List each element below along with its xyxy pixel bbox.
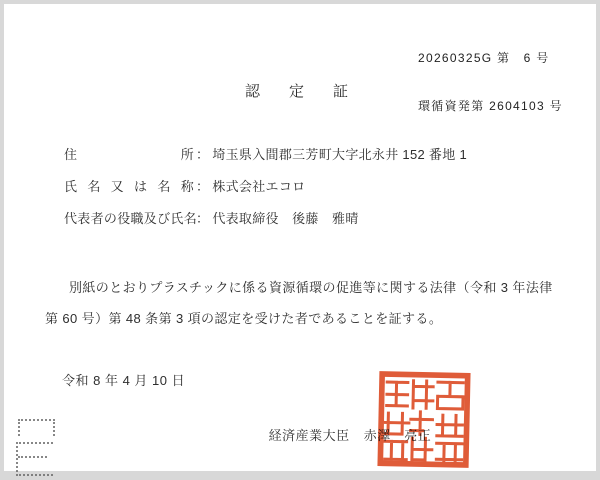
certificate-body: 別紙のとおりプラスチックに係る資源循環の促進等に関する法律（令和 3 年法律 第… — [45, 272, 553, 334]
body-line-1: 別紙のとおりプラスチックに係る資源循環の促進等に関する法律（令和 3 年法律 — [45, 272, 553, 303]
recipient-colon: ： — [196, 179, 209, 194]
recipient-row-address: 住所：埼玉県入間郡三芳町大字北永井 152 番地 1 — [64, 146, 467, 163]
dot-matrix-artifact — [16, 442, 53, 476]
certificate-paper: 20260325G 第 6 号 環循資発第 2604103 号 認 定 証 住所… — [4, 4, 596, 471]
scan-background: 20260325G 第 6 号 環循資発第 2604103 号 認 定 証 住所… — [0, 0, 600, 480]
recipient-row-name: 氏名又は名称：株式会社エコロ — [64, 178, 467, 195]
recipient-info: 住所：埼玉県入間郡三芳町大字北永井 152 番地 1 氏名又は名称：株式会社エコ… — [64, 146, 467, 242]
recipient-label: 氏名又は名称 — [64, 178, 194, 195]
recipient-label: 住所 — [64, 146, 194, 163]
recipient-row-representative: 代表者の役職及び氏名：代表取締役 後藤 雅晴 — [64, 210, 467, 227]
issue-date: 令和 8 年 4 月 10 日 — [62, 370, 185, 389]
certificate-title: 認 定 証 — [4, 80, 596, 101]
minister-title: 経済産業大臣 — [269, 428, 350, 443]
recipient-value: 株式会社エコロ — [212, 179, 305, 194]
recipient-value: 代表取締役 後藤 雅晴 — [212, 211, 358, 226]
recipient-colon: ： — [196, 147, 209, 162]
recipient-label: 代表者の役職及び氏名 — [64, 210, 194, 227]
dot-matrix-artifact — [18, 419, 55, 436]
recipient-colon: ： — [196, 211, 209, 226]
recipient-value: 埼玉県入間郡三芳町大字北永井 152 番地 1 — [212, 147, 467, 162]
red-square-seal-icon — [376, 369, 472, 470]
body-line-2: 第 60 号）第 48 条第 3 項の認定を受けた者であることを証する。 — [45, 303, 553, 334]
doc-number-line-1: 20260325G 第 6 号 — [418, 50, 563, 66]
